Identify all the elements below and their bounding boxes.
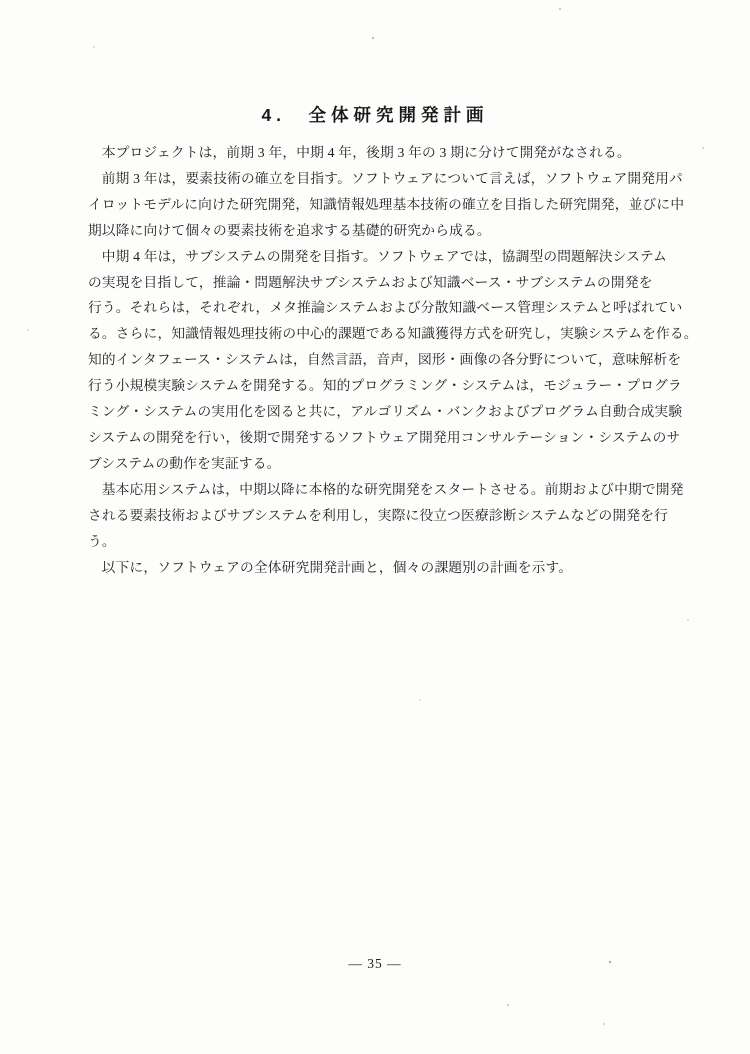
paragraph-line: ブシステムの動作を実証する。 xyxy=(88,451,674,477)
paragraph-line: される要素技術およびサブシステムを利用し，実際に役立つ医療診断システムなどの開発… xyxy=(88,503,674,529)
paragraph-line: う。 xyxy=(88,529,674,555)
paragraph-line: ミング・システムの実用化を図ると共に，アルゴリズム・バンクおよびプログラム自動合… xyxy=(88,399,674,425)
body-text: 本プロジェクトは，前期 3 年，中期 4 年，後期 3 年の 3 期に分けて開発… xyxy=(88,140,674,580)
paragraph: 中期 4 年は，サブシステムの開発を目指す。ソフトウェアでは，協調型の問題解決シ… xyxy=(88,244,674,477)
paragraph-line: 知的インタフェース・システムは，自然言語，音声，図形・画像の各分野について，意味… xyxy=(88,347,674,373)
paragraph-line: 中期 4 年は，サブシステムの開発を目指す。ソフトウェアでは，協調型の問題解決シ… xyxy=(88,244,674,270)
paragraph-line: 期以降に向けて個々の要素技術を追求する基礎的研究から成る。 xyxy=(88,218,674,244)
paragraph-line: 行う。それらは，それぞれ，メタ推論システムおよび分散知識ベース管理システムと呼ば… xyxy=(88,295,674,321)
section-title: 4. 全体研究開発計画 xyxy=(0,102,750,127)
paragraph: 以下に，ソフトウェアの全体研究開発計画と，個々の課題別の計画を示す。 xyxy=(88,555,674,581)
paragraph: 前期 3 年は，要素技術の確立を目指す。ソフトウェアについて言えば，ソフトウェア… xyxy=(88,166,674,244)
document-page: 4. 全体研究開発計画 本プロジェクトは，前期 3 年，中期 4 年，後期 3 … xyxy=(0,0,750,1054)
paragraph-line: の実現を目指して，推論・問題解決サブシステムおよび知識ベース・サブシステムの開発… xyxy=(88,270,674,296)
paragraph-line: 前期 3 年は，要素技術の確立を目指す。ソフトウェアについて言えば，ソフトウェア… xyxy=(88,166,674,192)
page-number: — 35 — xyxy=(0,956,750,972)
paragraph-line: イロットモデルに向けた研究開発，知識情報処理基本技術の確立を目指した研究開発，並… xyxy=(88,192,674,218)
paragraph-line: システムの開発を行い，後期で開発するソフトウェア開発用コンサルテーション・システ… xyxy=(88,425,674,451)
paragraph-line: 行う小規模実験システムを開発する。知的プログラミング・システムは，モジュラー・プ… xyxy=(88,373,674,399)
paragraph-line: 本プロジェクトは，前期 3 年，中期 4 年，後期 3 年の 3 期に分けて開発… xyxy=(88,140,674,166)
paragraph: 本プロジェクトは，前期 3 年，中期 4 年，後期 3 年の 3 期に分けて開発… xyxy=(88,140,674,166)
paragraph: 基本応用システムは，中期以降に本格的な研究開発をスタートさせる。前期および中期で… xyxy=(88,477,674,555)
paragraph-line: 以下に，ソフトウェアの全体研究開発計画と，個々の課題別の計画を示す。 xyxy=(88,555,674,581)
paragraph-line: 基本応用システムは，中期以降に本格的な研究開発をスタートさせる。前期および中期で… xyxy=(88,477,674,503)
paragraph-line: る。さらに，知識情報処理技術の中心的課題である知識獲得方式を研究し，実験システム… xyxy=(88,321,674,347)
